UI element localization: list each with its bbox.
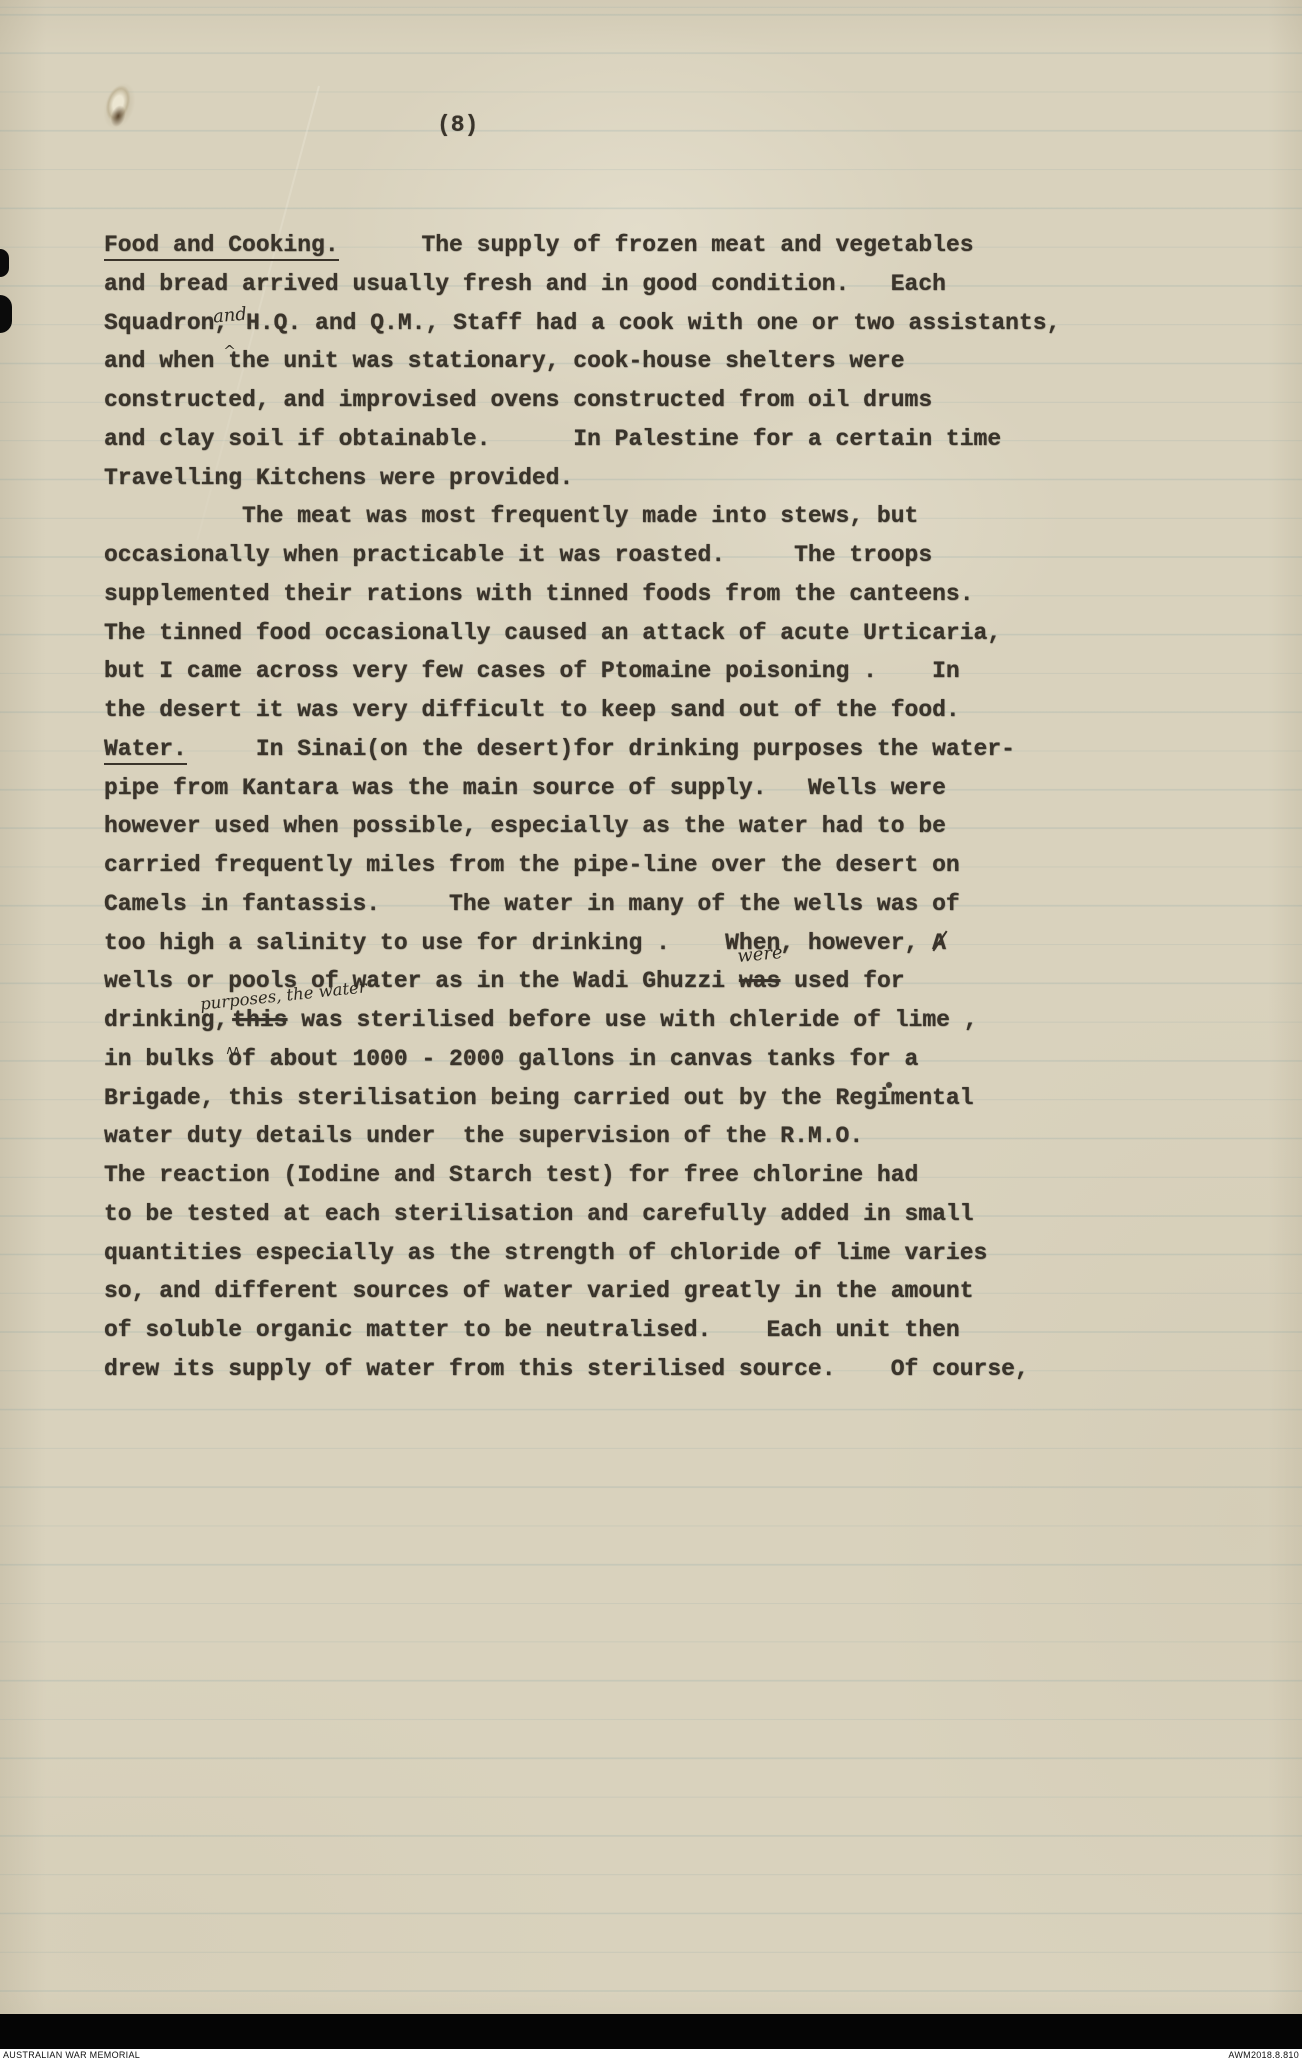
ink-speck (886, 1082, 892, 1088)
typed-line: The meat was most frequently made into s… (104, 497, 1060, 536)
underlined-heading: Food and Cooking. (104, 232, 339, 258)
typed-text: supplemented their rations with tinned f… (104, 581, 974, 607)
typed-text: Camels in fantassis. The water in many o… (104, 891, 960, 917)
typed-text: in bulks of about 1000 - 2000 gallons in… (104, 1046, 918, 1072)
typed-text: and bread arrived usually fresh and in g… (104, 271, 946, 297)
typed-line: occasionally when practicable it was roa… (104, 536, 1060, 575)
typed-text: and clay soil if obtainable. In Palestin… (104, 426, 1001, 452)
footer-left-label: AUSTRALIAN WAR MEMORIAL (3, 2050, 140, 2060)
footer-right-label: AWM2018.8.810 (1228, 2050, 1299, 2060)
typed-line: in bulks of about 1000 - 2000 gallons in… (104, 1040, 1060, 1079)
typed-text: Travelling Kitchens were provided. (104, 465, 573, 491)
typed-line: Travelling Kitchens were provided. (104, 459, 1060, 498)
typed-text: drew its supply of water from this steri… (104, 1356, 1029, 1382)
typed-line: quantities especially as the strength of… (104, 1234, 1060, 1273)
typed-text: so, and different sources of water varie… (104, 1278, 974, 1304)
typed-text: and when the unit was stationary, cook-h… (104, 348, 905, 374)
typed-line: Brigade, this sterilisation being carrie… (104, 1079, 1060, 1118)
typed-line: The tinned food occasionally caused an a… (104, 614, 1060, 653)
typed-line: Camels in fantassis. The water in many o… (104, 885, 1060, 924)
footer-bar (0, 2014, 1302, 2049)
underlined-heading: Water. (104, 736, 187, 762)
typed-text: The reaction (Iodine and Starch test) fo… (104, 1162, 918, 1188)
struck-text: A (932, 924, 946, 963)
typed-text: The tinned food occasionally caused an a… (104, 620, 1001, 646)
typed-text: however used when possible, especially a… (104, 813, 946, 839)
typed-text: Squadron, (104, 310, 228, 336)
typed-line: carried frequently miles from the pipe-l… (104, 846, 1060, 885)
typed-text: constructed, and improvised ovens constr… (104, 387, 932, 413)
typed-line: Squadron,and^ H.Q. and Q.M., Staff had a… (104, 304, 1060, 343)
typed-text: but I came across very few cases of Ptom… (104, 658, 960, 684)
typed-text: quantities especially as the strength of… (104, 1240, 987, 1266)
typed-line: however used when possible, especially a… (104, 807, 1060, 846)
typed-line: supplemented their rations with tinned f… (104, 575, 1060, 614)
typed-text: water duty details under the supervision… (104, 1123, 863, 1149)
typed-line: Food and Cooking. The supply of frozen m… (104, 226, 1060, 265)
struck-text: waswere (739, 968, 780, 994)
typed-text: the desert it was very difficult to keep… (104, 697, 960, 723)
handwritten-annotation: were (736, 944, 783, 966)
typed-text-block: Food and Cooking. The supply of frozen m… (104, 226, 1060, 1389)
typed-line: of soluble organic matter to be neutrali… (104, 1311, 1060, 1350)
typed-text: occasionally when practicable it was roa… (104, 542, 932, 568)
typed-line: drew its supply of water from this steri… (104, 1350, 1060, 1389)
typed-text: too high a salinity to use for drinking … (104, 930, 932, 956)
typed-text: was sterilised before use with chleride … (287, 1007, 977, 1033)
typed-line: pipe from Kantara was the main source of… (104, 769, 1060, 808)
footer-strip: AUSTRALIAN WAR MEMORIAL AWM2018.8.810 (0, 2049, 1302, 2061)
typed-text: The meat was most frequently made into s… (104, 503, 918, 529)
paper-hole (85, 60, 154, 147)
typed-line: the desert it was very difficult to keep… (104, 691, 1060, 730)
typed-line: The reaction (Iodine and Starch test) fo… (104, 1156, 1060, 1195)
typed-line: Water. In Sinai(on the desert)for drinki… (104, 730, 1060, 769)
typed-line: to be tested at each sterilisation and c… (104, 1195, 1060, 1234)
typed-text: used for (780, 968, 904, 994)
typed-text: The supply of frozen meat and vegetables (339, 232, 974, 258)
typed-text: carried frequently miles from the pipe-l… (104, 852, 960, 878)
struck-text: thispurposes, the water (232, 1007, 287, 1033)
typed-line: drinking,∧∧thispurposes, the water was s… (104, 1001, 1060, 1040)
page-number: (8) (437, 110, 478, 140)
typed-text: Brigade, this sterilisation being carrie… (104, 1085, 974, 1111)
typed-text: wells or pools of water as in the Wadi G… (104, 968, 739, 994)
binding-mark (0, 295, 12, 333)
binding-mark (0, 249, 9, 277)
typed-text: H.Q. and Q.M., Staff had a cook with one… (232, 310, 1060, 336)
typed-line: and clay soil if obtainable. In Palestin… (104, 420, 1060, 459)
typed-text: In Sinai(on the desert)for drinking purp… (187, 736, 1015, 762)
typed-line: so, and different sources of water varie… (104, 1272, 1060, 1311)
typed-text: of soluble organic matter to be neutrali… (104, 1317, 960, 1343)
document-page: (8) Food and Cooking. The supply of froz… (0, 0, 1302, 2061)
typed-line: and when the unit was stationary, cook-h… (104, 342, 1060, 381)
typed-line: but I came across very few cases of Ptom… (104, 652, 1060, 691)
typed-line: too high a salinity to use for drinking … (104, 924, 1060, 963)
typed-text: pipe from Kantara was the main source of… (104, 775, 946, 801)
typed-text: to be tested at each sterilisation and c… (104, 1201, 974, 1227)
typed-line: and bread arrived usually fresh and in g… (104, 265, 1060, 304)
typed-line: constructed, and improvised ovens constr… (104, 381, 1060, 420)
typed-line: water duty details under the supervision… (104, 1117, 1060, 1156)
